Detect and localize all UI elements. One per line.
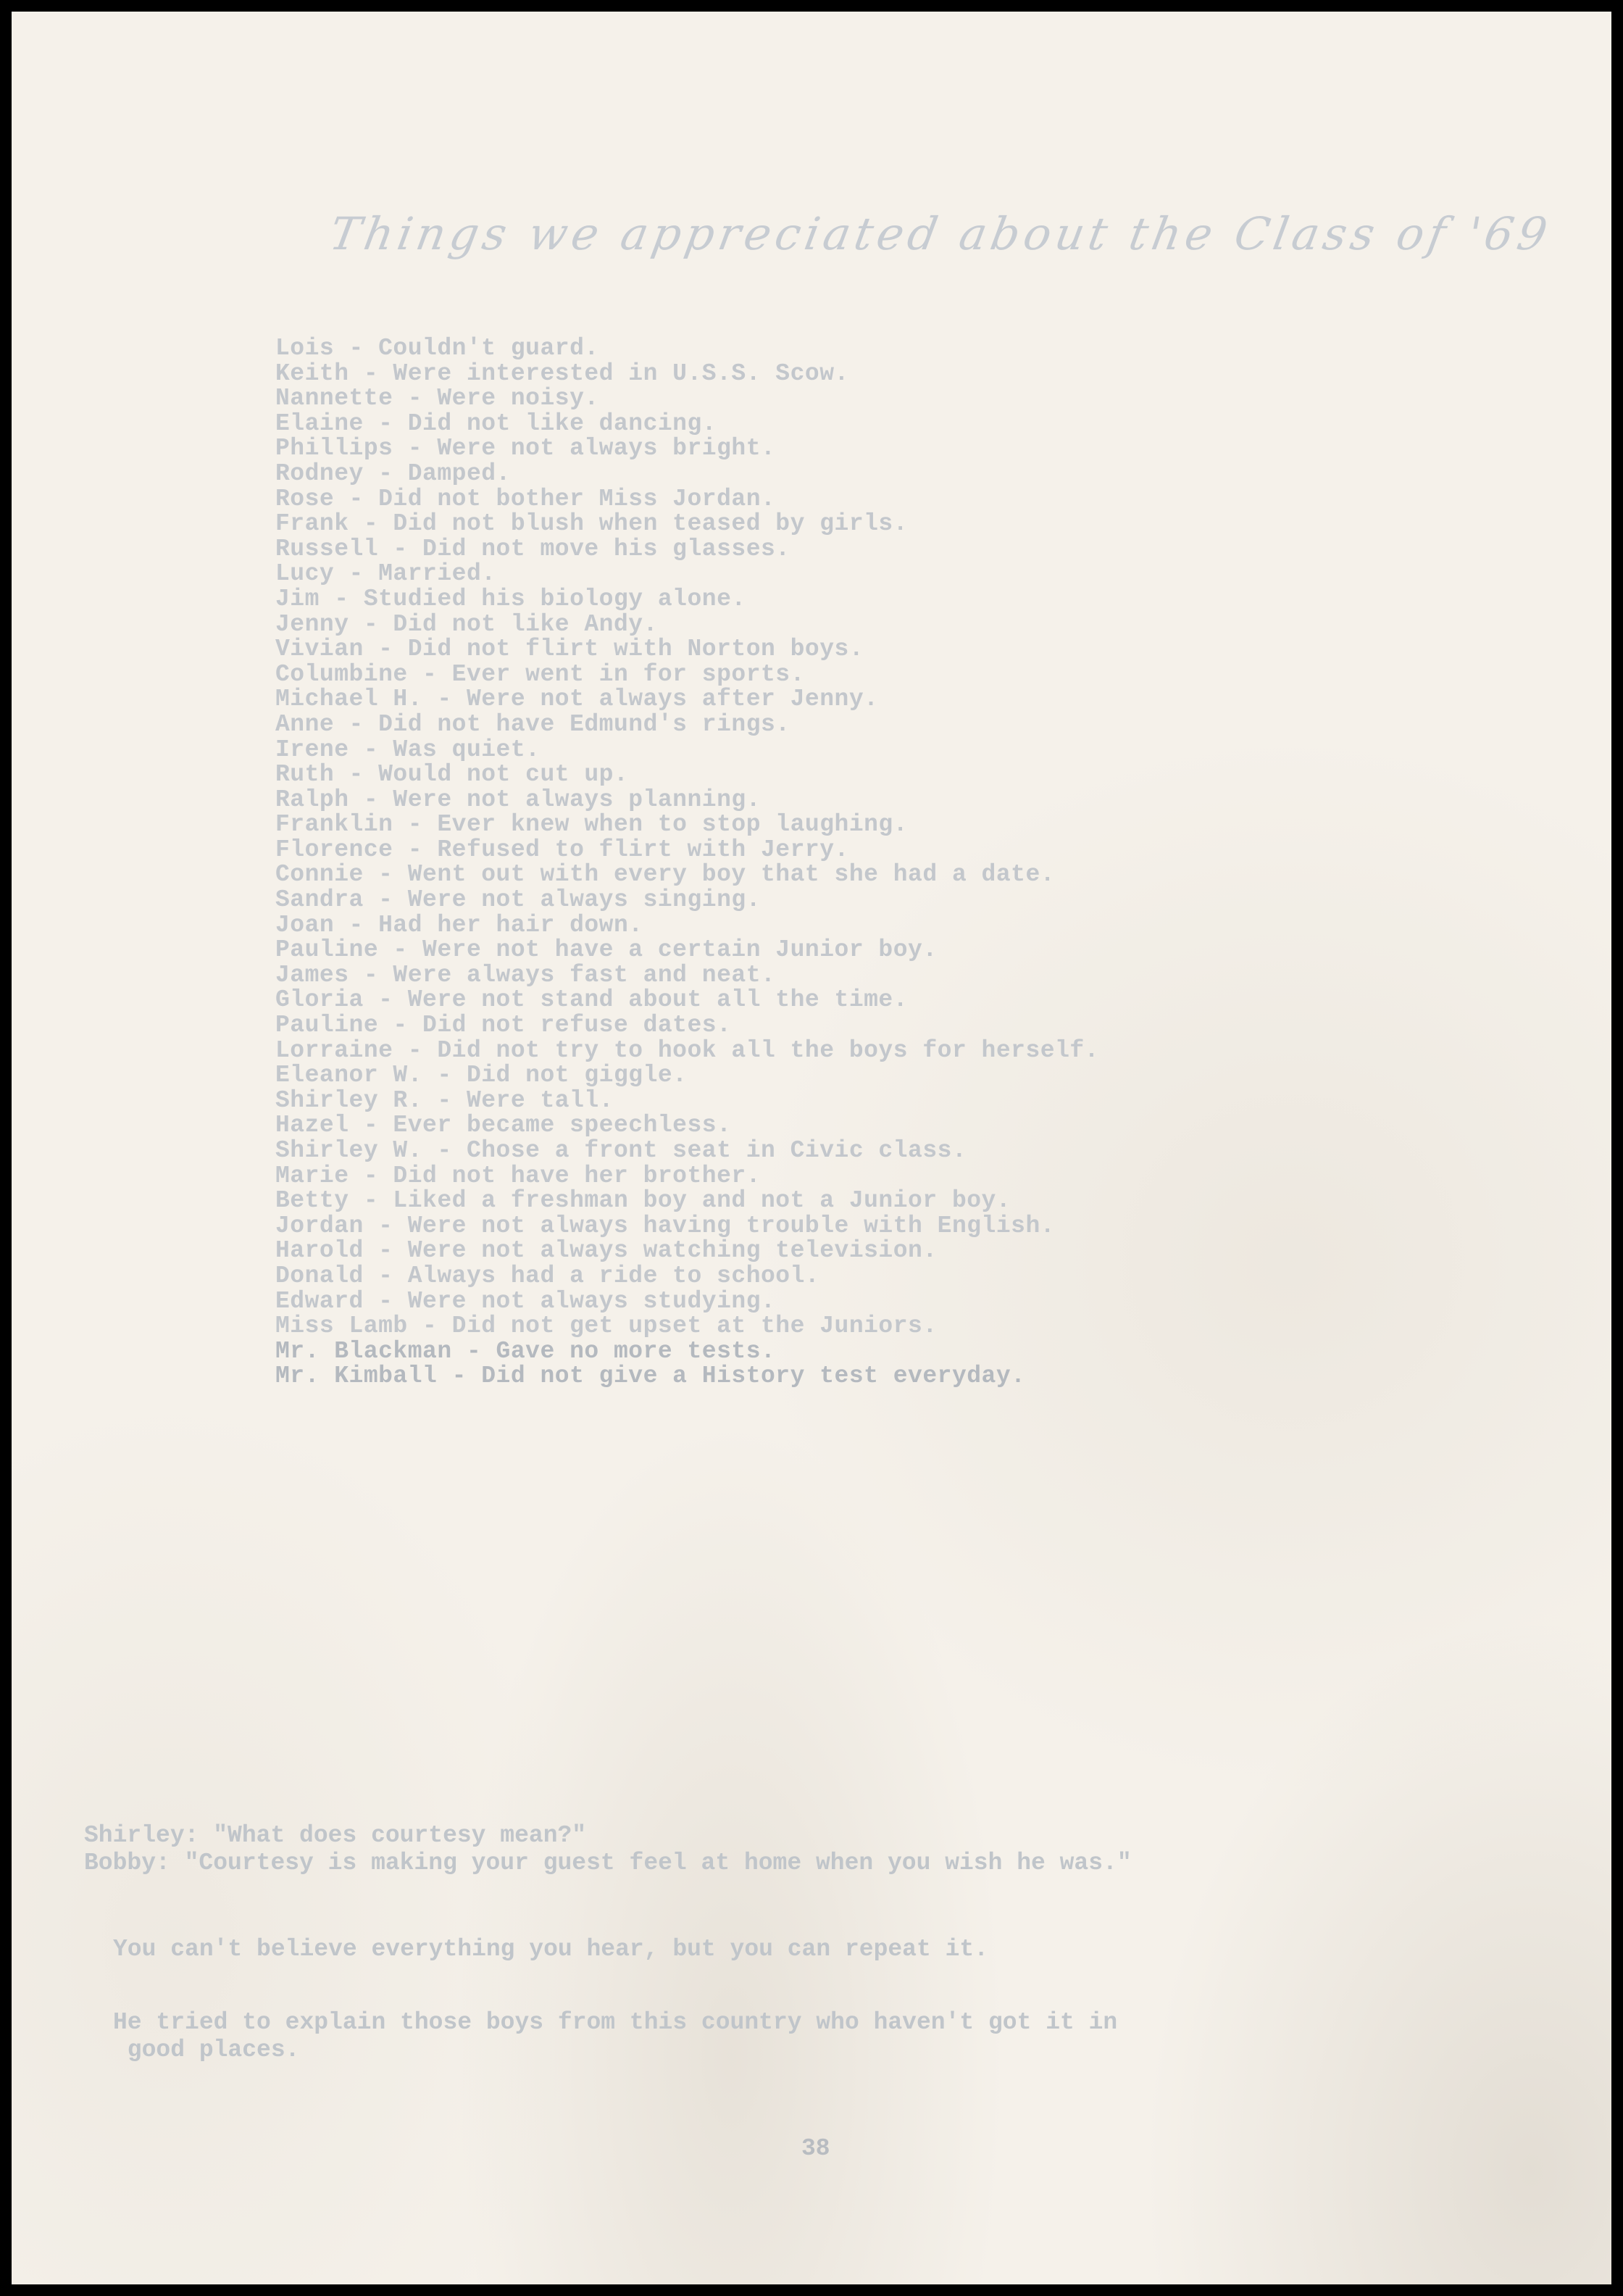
list-item: Rodney - Damped. — [275, 462, 1099, 487]
page-number: 38 — [801, 2135, 830, 2162]
saying-repeat: You can't believe everything you hear, b… — [113, 1936, 988, 1963]
list-item: Harold - Were not always watching televi… — [275, 1239, 1099, 1264]
list-item: Franklin - Ever knew when to stop laughi… — [275, 812, 1099, 838]
list-item: Frank - Did not blush when teased by gir… — [275, 512, 1099, 537]
list-item: Edward - Were not always studying. — [275, 1289, 1099, 1315]
list-item: Pauline - Did not refuse dates. — [275, 1013, 1099, 1039]
yearbook-page: Things we appreciated about the Class of… — [12, 12, 1611, 2284]
list-item: Lorraine - Did not try to hook all the b… — [275, 1039, 1099, 1064]
saying-explain: He tried to explain those boys from this… — [113, 2009, 1117, 2064]
list-item: Mr. Kimball - Did not give a History tes… — [275, 1364, 1099, 1389]
list-item: Lois - Couldn't guard. — [275, 336, 1099, 362]
list-item: Pauline - Were not have a certain Junior… — [275, 938, 1099, 963]
list-item: Rose - Did not bother Miss Jordan. — [275, 487, 1099, 512]
list-item: Jenny - Did not like Andy. — [275, 612, 1099, 638]
joke-line-answer: Bobby: "Courtesy is making your guest fe… — [84, 1850, 1132, 1876]
list-item: Vivian - Did not flirt with Norton boys. — [275, 637, 1099, 662]
list-item: Jordan - Were not always having trouble … — [275, 1214, 1099, 1239]
list-item: Shirley W. - Chose a front seat in Civic… — [275, 1139, 1099, 1164]
list-item: Connie - Went out with every boy that sh… — [275, 862, 1099, 888]
list-item: Eleanor W. - Did not giggle. — [275, 1063, 1099, 1089]
list-item: Russell - Did not move his glasses. — [275, 537, 1099, 562]
list-item: Ruth - Would not cut up. — [275, 762, 1099, 788]
list-item: Phillips - Were not always bright. — [275, 436, 1099, 462]
list-item: Anne - Did not have Edmund's rings. — [275, 712, 1099, 738]
list-item: Nannette - Were noisy. — [275, 386, 1099, 412]
list-item: Lucy - Married. — [275, 562, 1099, 587]
courtesy-joke: Shirley: "What does courtesy mean?" Bobb… — [84, 1822, 1132, 1877]
list-item: James - Were always fast and neat. — [275, 963, 1099, 989]
joke-line-question: Shirley: "What does courtesy mean?" — [84, 1822, 586, 1849]
list-item: Sandra - Were not always singing. — [275, 888, 1099, 913]
list-item: Hazel - Ever became speechless. — [275, 1113, 1099, 1139]
list-item: Donald - Always had a ride to school. — [275, 1264, 1099, 1289]
appreciation-list: Lois - Couldn't guard. Keith - Were inte… — [275, 336, 1099, 1389]
list-item: Ralph - Were not always planning. — [275, 788, 1099, 813]
page-title: Things we appreciated about the Class of… — [326, 207, 1567, 260]
list-item: Joan - Had her hair down. — [275, 913, 1099, 939]
list-item: Keith - Were interested in U.S.S. Scow. — [275, 362, 1099, 387]
list-item: Michael H. - Were not always after Jenny… — [275, 687, 1099, 712]
list-item: Gloria - Were not stand about all the ti… — [275, 988, 1099, 1013]
list-item: Mr. Blackman - Gave no more tests. — [275, 1339, 1099, 1365]
list-item: Florence - Refused to flirt with Jerry. — [275, 838, 1099, 863]
list-item: Betty - Liked a freshman boy and not a J… — [275, 1189, 1099, 1214]
list-item: Jim - Studied his biology alone. — [275, 587, 1099, 612]
list-item: Shirley R. - Were tall. — [275, 1089, 1099, 1114]
list-item: Elaine - Did not like dancing. — [275, 412, 1099, 437]
list-item: Columbine - Ever went in for sports. — [275, 662, 1099, 688]
list-item: Marie - Did not have her brother. — [275, 1164, 1099, 1189]
list-item: Irene - Was quiet. — [275, 738, 1099, 763]
list-item: Miss Lamb - Did not get upset at the Jun… — [275, 1314, 1099, 1339]
